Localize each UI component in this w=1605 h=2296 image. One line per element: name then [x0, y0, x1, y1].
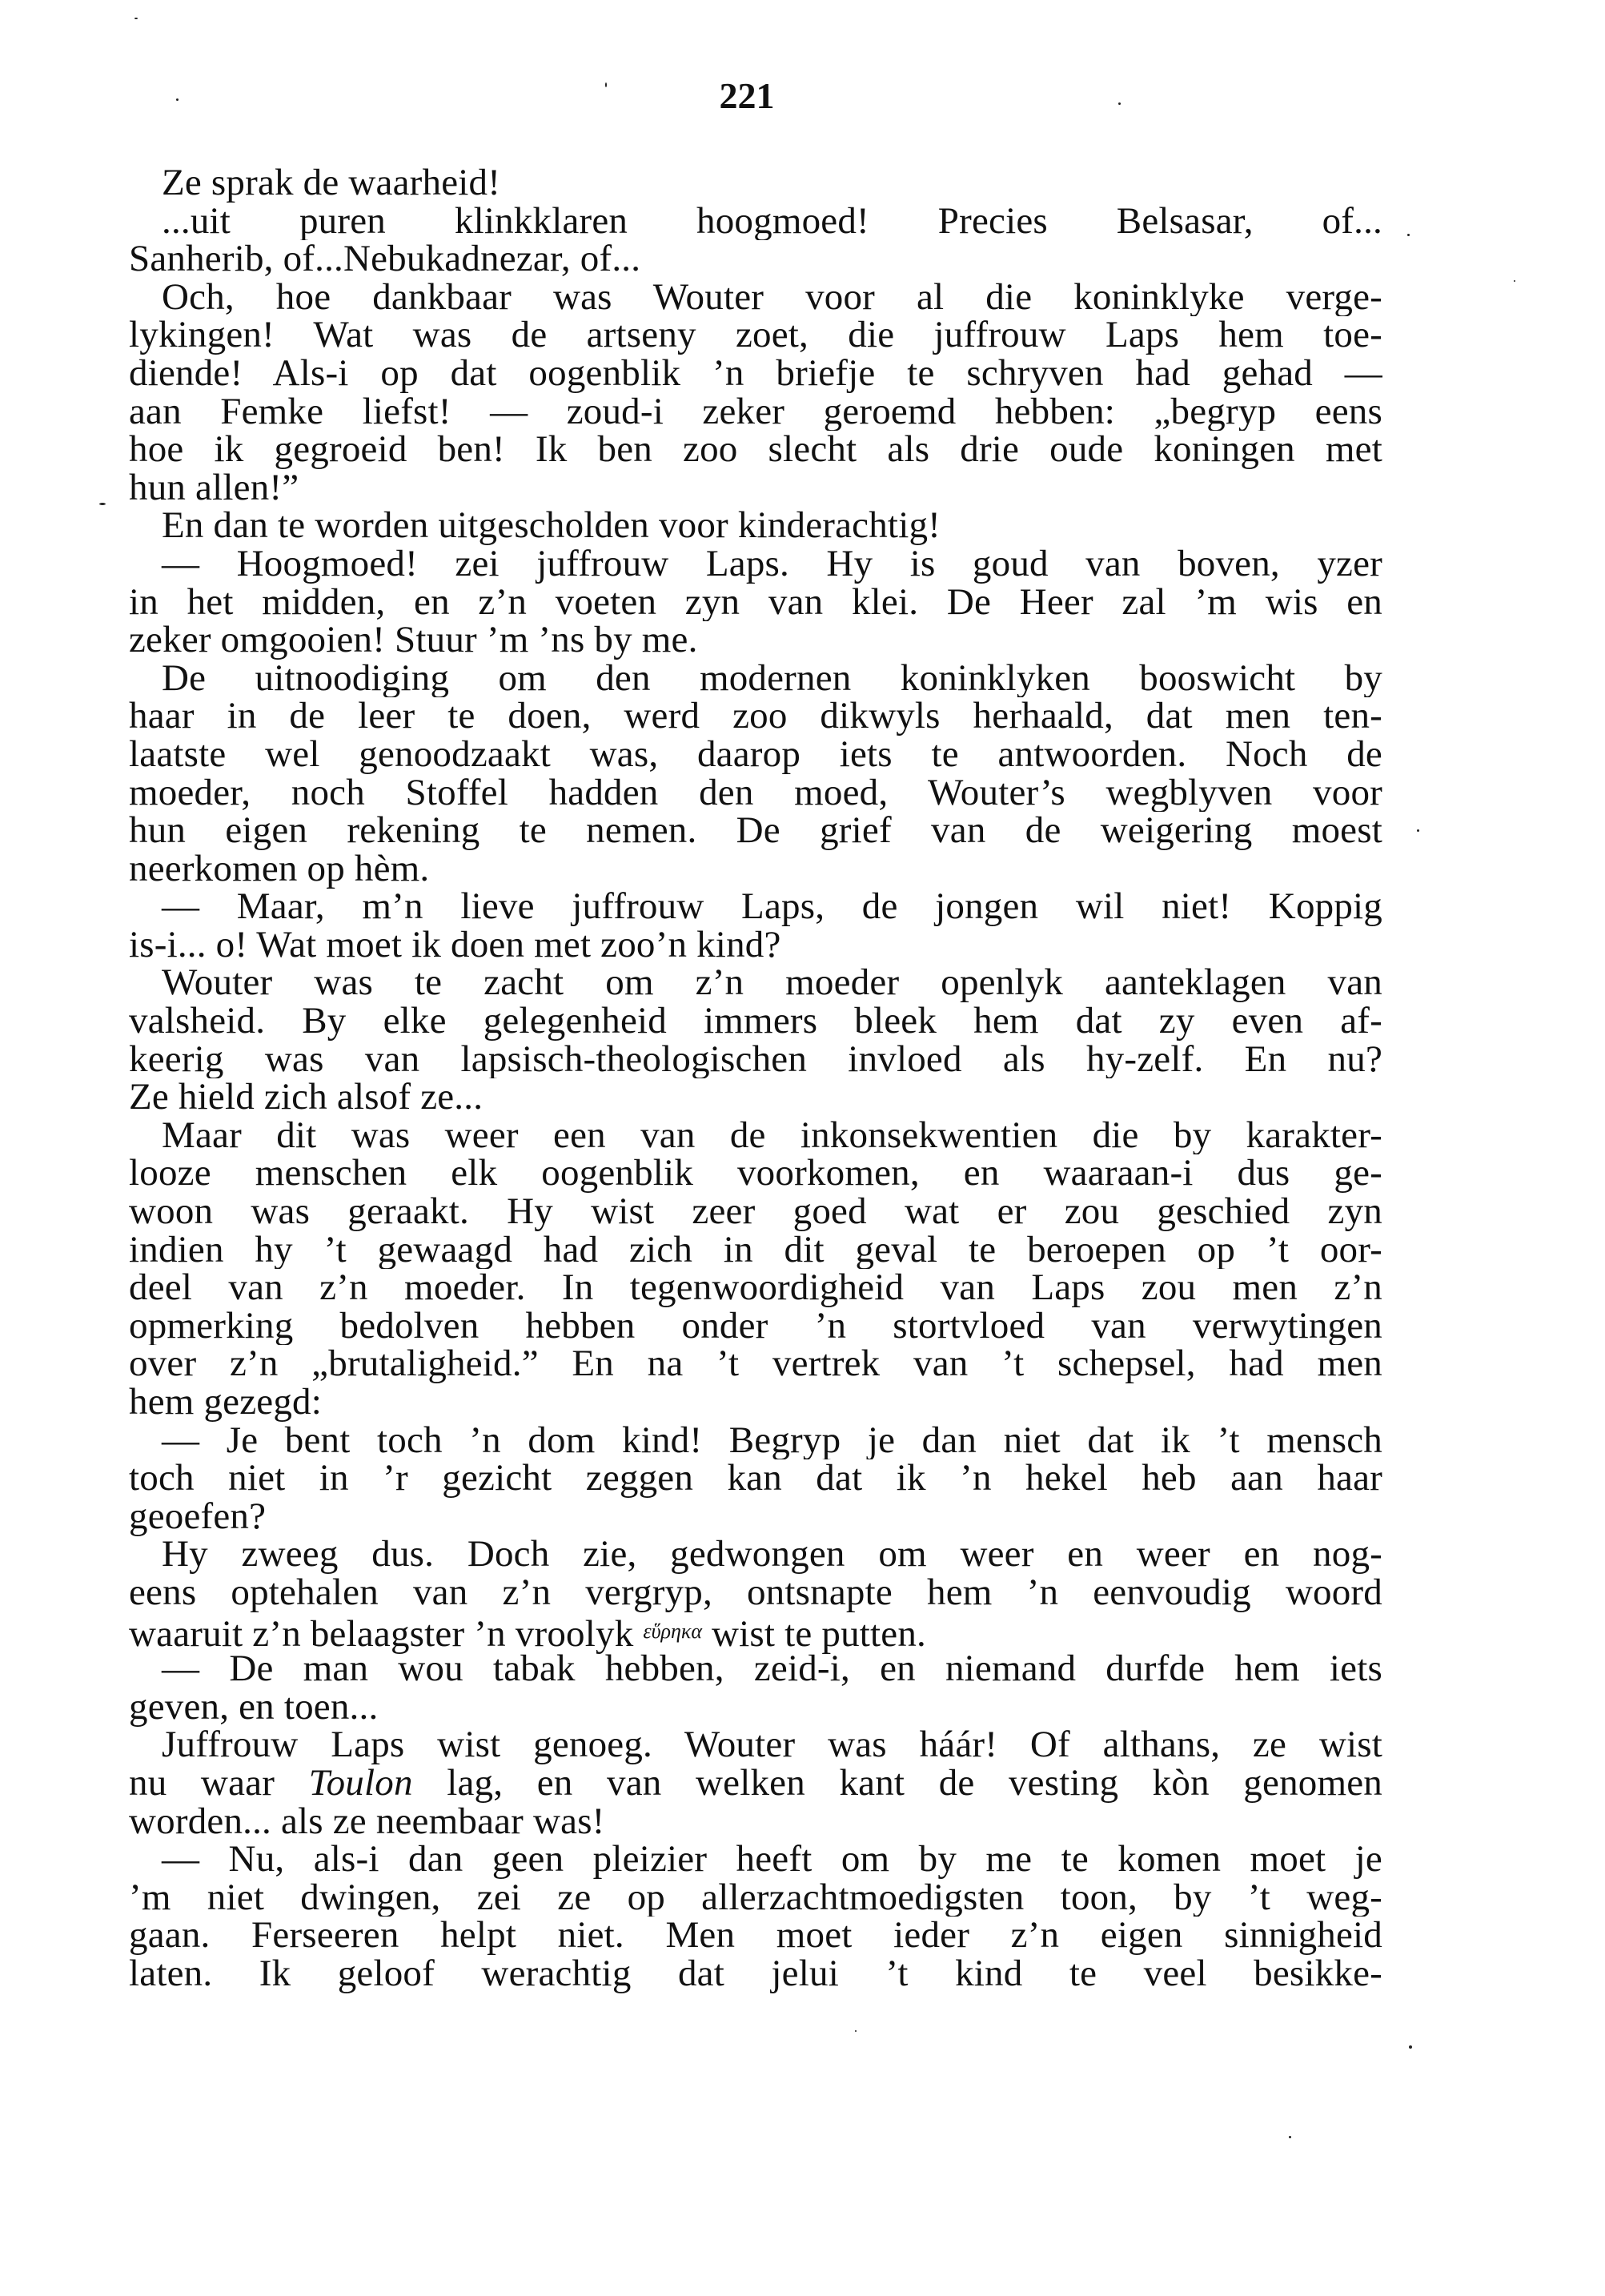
text-line: En dan te worden uitgescholden voor kind… — [129, 507, 1382, 545]
text-line: Ze sprak de waarheid! — [129, 164, 1382, 203]
text-line: Och, hoe dankbaar was Wouter voor al die… — [129, 279, 1382, 317]
text-segment: hun allen!” — [129, 467, 299, 508]
text-line: geoefen? — [129, 1498, 1382, 1536]
text-segment: Wouter was te zacht om z’n moeder openly… — [162, 964, 1382, 1002]
text-segment: eens optehalen van z’n vergryp, ontsnapt… — [129, 1574, 1382, 1612]
text-line: deel van z’n moeder. In tegenwoordigheid… — [129, 1269, 1382, 1307]
text-line: hoe ik gegroeid ben! Ik ben zoo slecht a… — [129, 431, 1382, 469]
text-segment: — Hoogmoed! zei juffrouw Laps. Hy is gou… — [162, 545, 1382, 584]
text-segment: over z’n „brutaligheid.” En na ’t vertre… — [129, 1345, 1382, 1383]
text-segment: Ze sprak de waarheid! — [162, 162, 500, 203]
scan-speck — [134, 18, 138, 19]
text-line: hem gezegd: — [129, 1383, 1382, 1422]
text-segment: neerkomen op hèm. — [129, 848, 429, 889]
text-segment: laten. Ik geloof werachtig dat jelui ’t … — [129, 1955, 1382, 1993]
text-segment: nu waar — [129, 1764, 309, 1803]
text-line: Hy zweeg dus. Doch zie, gedwongen om wee… — [129, 1535, 1382, 1574]
text-segment: in het midden, en z’n voeten zyn van kle… — [129, 584, 1382, 622]
text-segment: woon was geraakt. Hy wist zeer goed wat … — [129, 1193, 1382, 1231]
text-line: lykingen! Wat was de artseny zoet, die j… — [129, 316, 1382, 355]
scan-speck — [1514, 280, 1515, 282]
text-segment: Juffrouw Laps wist genoeg. Wouter was há… — [162, 1726, 1382, 1764]
text-line: De uitnoodiging om den modernen koninkly… — [129, 660, 1382, 698]
text-segment: Ze hield zich alsof ze... — [129, 1076, 483, 1118]
text-segment: hem gezegd: — [129, 1381, 322, 1423]
text-segment: hun eigen rekening te nemen. De grief va… — [129, 812, 1382, 850]
text-line: laten. Ik geloof werachtig dat jelui ’t … — [129, 1955, 1382, 1993]
text-line: hun eigen rekening te nemen. De grief va… — [129, 812, 1382, 850]
text-line: keerig was van lapsisch-theologischen in… — [129, 1041, 1382, 1079]
scan-speck — [176, 98, 179, 101]
text-segment: gaan. Ferseeren helpt niet. Men moet ied… — [129, 1917, 1382, 1955]
text-segment: deel van z’n moeder. In tegenwoordigheid… — [129, 1269, 1382, 1307]
text-segment: opmerking bedolven hebben onder ’n stort… — [129, 1307, 1382, 1346]
text-line: Wouter was te zacht om z’n moeder openly… — [129, 964, 1382, 1002]
text-line: — Nu, als-i dan geen pleizier heeft om b… — [129, 1840, 1382, 1879]
text-line: aan Femke liefst! — zoud-i zeker geroemd… — [129, 393, 1382, 432]
text-segment: Maar dit was weer een van de inkonsekwen… — [162, 1117, 1382, 1155]
text-line: — Maar, m’n lieve juffrouw Laps, de jong… — [129, 888, 1382, 926]
text-line: indien hy ’t gewaagd had zich in dit gev… — [129, 1231, 1382, 1270]
text-segment: — Maar, m’n lieve juffrouw Laps, de jong… — [162, 888, 1382, 926]
page-number: 221 — [0, 77, 1494, 115]
text-segment: haar in de leer te doen, werd zoo dikwyl… — [129, 697, 1382, 736]
text-line: woon was geraakt. Hy wist zeer goed wat … — [129, 1193, 1382, 1231]
text-segment: wist te putten. — [702, 1613, 926, 1655]
text-line: diende! Als-i op dat oogenblik ’n briefj… — [129, 355, 1382, 393]
text-line: Maar dit was weer een van de inkonsekwen… — [129, 1117, 1382, 1155]
text-segment: — De man wou tabak hebben, zeid-i, en ni… — [162, 1650, 1382, 1688]
text-segment: — Je bent toch ’n dom kind! Begryp je da… — [162, 1422, 1382, 1460]
text-segment: geoefen? — [129, 1495, 266, 1537]
text-line: toch niet in ’r gezicht zeggen kan dat i… — [129, 1459, 1382, 1498]
text-line: Sanherib, of...Nebukadnezar, of... — [129, 240, 1382, 279]
text-segment: waaruit z’n belaagster ’n vroolyk — [129, 1613, 643, 1655]
text-line: over z’n „brutaligheid.” En na ’t vertre… — [129, 1345, 1382, 1383]
text-segment: laatste wel genoodzaakt was, daarop iets… — [129, 736, 1382, 774]
text-line: — Hoogmoed! zei juffrouw Laps. Hy is gou… — [129, 545, 1382, 584]
scan-speck — [1417, 829, 1419, 832]
text-line: ...uit puren klinkklaren hoogmoed! Preci… — [129, 203, 1382, 241]
text-segment: worden... als ze neembaar was! — [129, 1800, 605, 1842]
text-segment: lag, en van welken kant de vesting kòn g… — [413, 1764, 1382, 1803]
scan-speck — [1409, 2045, 1412, 2049]
scan-speck — [1289, 2136, 1291, 2138]
text-segment: — Nu, als-i dan geen pleizier heeft om b… — [162, 1840, 1382, 1879]
text-segment: geven, en toen... — [129, 1686, 378, 1728]
text-line: Ze hield zich alsof ze... — [129, 1078, 1382, 1117]
text-segment: looze menschen elk oogenblik voorkomen, … — [129, 1154, 1382, 1193]
text-line: haar in de leer te doen, werd zoo dikwyl… — [129, 697, 1382, 736]
text-segment: toch niet in ’r gezicht zeggen kan dat i… — [129, 1459, 1382, 1498]
text-line: Juffrouw Laps wist genoeg. Wouter was há… — [129, 1726, 1382, 1764]
body-text: Ze sprak de waarheid!...uit puren klinkk… — [129, 164, 1382, 1993]
scan-speck — [855, 2030, 857, 2032]
text-line: is-i... o! Wat moet ik doen met zoo’n ki… — [129, 926, 1382, 965]
text-segment: indien hy ’t gewaagd had zich in dit gev… — [129, 1231, 1382, 1270]
text-segment: Hy zweeg dus. Doch zie, gedwongen om wee… — [162, 1535, 1382, 1574]
text-line: — Je bent toch ’n dom kind! Begryp je da… — [129, 1422, 1382, 1460]
text-segment: aan Femke liefst! — zoud-i zeker geroemd… — [129, 393, 1382, 432]
text-line: gaan. Ferseeren helpt niet. Men moet ied… — [129, 1917, 1382, 1955]
text-line: zeker omgooien! Stuur ’m ’ns by me. — [129, 621, 1382, 660]
text-line: waaruit z’n belaagster ’n vroolyk εὕρηκα… — [129, 1612, 1382, 1651]
text-segment: moeder, noch Stoffel hadden den moed, Wo… — [129, 774, 1382, 813]
text-segment: valsheid. By elke gelegenheid immers ble… — [129, 1002, 1382, 1041]
greek-word: εὕρηκα — [643, 1620, 702, 1643]
text-line: worden... als ze neembaar was! — [129, 1803, 1382, 1841]
text-line: ’m niet dwingen, zei ze op allerzachtmoe… — [129, 1879, 1382, 1917]
text-segment: zeker omgooien! Stuur ’m ’ns by me. — [129, 619, 698, 660]
text-line: opmerking bedolven hebben onder ’n stort… — [129, 1307, 1382, 1346]
text-segment: ...uit puren klinkklaren hoogmoed! Preci… — [162, 203, 1382, 241]
text-line: laatste wel genoodzaakt was, daarop iets… — [129, 736, 1382, 774]
scan-speck — [1407, 234, 1410, 236]
scan-speck — [1118, 102, 1121, 105]
text-line: eens optehalen van z’n vergryp, ontsnapt… — [129, 1574, 1382, 1612]
text-segment: En dan te worden uitgescholden voor kind… — [162, 504, 941, 546]
text-line: nu waar Toulon lag, en van welken kant d… — [129, 1764, 1382, 1803]
text-line: hun allen!” — [129, 469, 1382, 508]
text-segment: hoe ik gegroeid ben! Ik ben zoo slecht a… — [129, 431, 1382, 469]
text-segment: lykingen! Wat was de artseny zoet, die j… — [129, 316, 1382, 355]
text-segment: Och, hoe dankbaar was Wouter voor al die… — [162, 279, 1382, 317]
text-line: valsheid. By elke gelegenheid immers ble… — [129, 1002, 1382, 1041]
text-line: — De man wou tabak hebben, zeid-i, en ni… — [129, 1650, 1382, 1688]
text-line: neerkomen op hèm. — [129, 850, 1382, 889]
text-line: in het midden, en z’n voeten zyn van kle… — [129, 584, 1382, 622]
scan-speck — [605, 82, 607, 87]
text-line: looze menschen elk oogenblik voorkomen, … — [129, 1154, 1382, 1193]
text-segment: Sanherib, of...Nebukadnezar, of... — [129, 238, 640, 279]
scan-speck — [99, 503, 106, 505]
text-segment: ’m niet dwingen, zei ze op allerzachtmoe… — [129, 1879, 1382, 1917]
text-line: geven, en toen... — [129, 1688, 1382, 1727]
text-segment: keerig was van lapsisch-theologischen in… — [129, 1041, 1382, 1079]
italic-word: Toulon — [309, 1764, 413, 1803]
scanned-book-page: 221 Ze sprak de waarheid!...uit puren kl… — [0, 0, 1605, 2296]
text-line: moeder, noch Stoffel hadden den moed, Wo… — [129, 774, 1382, 813]
text-segment: De uitnoodiging om den modernen koninkly… — [162, 660, 1382, 698]
text-segment: diende! Als-i op dat oogenblik ’n briefj… — [129, 355, 1382, 393]
text-segment: is-i... o! Wat moet ik doen met zoo’n ki… — [129, 924, 781, 965]
